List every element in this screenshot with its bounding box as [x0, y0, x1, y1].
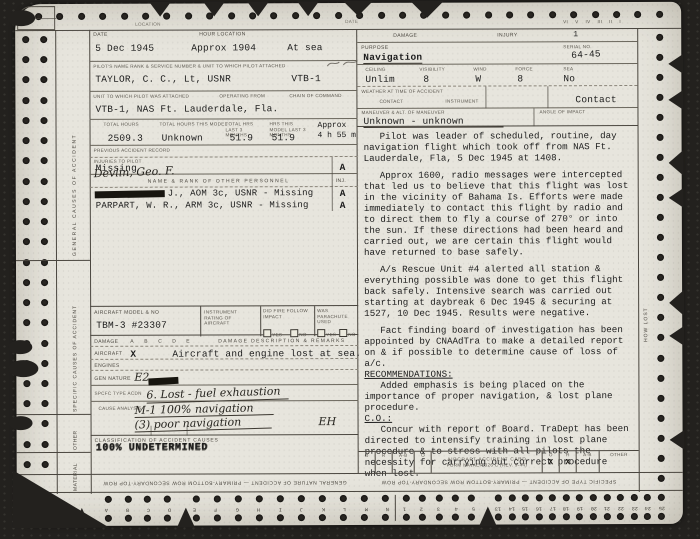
hours-row: TOTAL HOURS TOTAL HOURS THIS MODEL TOTAL…: [89, 119, 357, 146]
punched-notch: [669, 188, 684, 208]
damage-description-value: Aircraft and engine lost at sea.: [172, 348, 361, 360]
handwritten-code-marks: [325, 57, 359, 69]
punched-notch: [670, 430, 685, 450]
pilot-row: PILOT'S NAME RANK & SERVICE NUMBER & UNI…: [89, 61, 357, 92]
hours-flight-value-2: 4 h 55 m: [318, 131, 356, 140]
strip-number: 1: [573, 30, 578, 39]
force-label: FORCE: [515, 66, 533, 72]
bottom-punch-group-1: ABCD: [105, 496, 171, 522]
footer-cell-o2: O: [415, 452, 432, 473]
top-roman-numeral-labels: VI V IV III II I: [563, 19, 663, 25]
punched-oval: [8, 360, 38, 377]
personnel-header-label: NAME & RANK OF OTHER PERSONNEL: [148, 178, 290, 184]
visibility-value: 8: [423, 74, 429, 85]
left-edge-label-other: OTHER: [73, 416, 79, 450]
hours-flight-value-1: Approx: [318, 121, 347, 130]
footer-cell-o: O: [359, 452, 376, 473]
specific-type-band: SPECIFIC TYPE OF ACCIDENT — PRIMARY-BOTT…: [369, 478, 629, 485]
right-punch-hole-column: [656, 34, 665, 482]
gen-nature-row: GEN NATURE E2: [90, 370, 358, 386]
pilot-name-label: PILOT'S NAME RANK & SERVICE NUMBER & UNI…: [93, 63, 285, 69]
maneuver-row: MANEUVER & ALT. OF MANEUVER ANGLE OF IMP…: [357, 108, 637, 127]
pilot-name-value: TAYLOR, C. C., Lt, USNR: [95, 73, 231, 84]
personnel-header-row: Devlin, Geo. F. NAME & RANK OF OTHER PER…: [90, 173, 358, 188]
damage-col-a: A: [130, 339, 134, 345]
total-hours-value: 2509.3: [108, 133, 143, 144]
punched-notch: [669, 290, 684, 316]
pilot-squadron-value: VTB-1: [291, 73, 321, 84]
left-edge-label-specific-causes: SPECIFIC CAUSES OF ACCIDENT: [72, 262, 79, 412]
damage-description-label: DAMAGE DESCRIPTION & REMARKS: [218, 338, 345, 344]
wind-value: W: [475, 74, 481, 85]
bottom-punch-group-2: EFGHIJKLMN: [193, 495, 389, 522]
unit-value: VTB-1, NAS Ft. Lauderdale, Fla.: [95, 103, 278, 115]
damage-injury-strip: DAMAGE INJURY 1: [357, 28, 637, 43]
weather-at-label: WEATHER AT TIME OF ACCIDENT: [361, 89, 443, 95]
previous-record-label: PREVIOUS ACCIDENT RECORD: [94, 148, 171, 154]
narrative-paragraph-4: Fact finding board of investigation has …: [364, 324, 632, 369]
date-value: 5 Dec 1945: [95, 43, 154, 54]
unit-label: UNIT TO WHICH PILOT WAS ATTACHED: [93, 94, 189, 100]
angle-label: ANGLE OF IMPACT: [539, 109, 585, 115]
hours-model-3mo-value: 51.9: [272, 132, 296, 143]
specific-type-row: SPCFC TYPE ACDN 6. Lost - fuel exhaustio…: [90, 385, 358, 402]
hours-3mo-value: 51.9: [230, 132, 254, 143]
damage-col-e: E: [186, 339, 190, 345]
pilot-injury-code: A: [340, 162, 346, 173]
purpose-label: PURPOSE: [361, 45, 388, 51]
roman-label: II: [609, 19, 612, 25]
crewman-2-injury-code: A: [340, 200, 346, 211]
sea-label: SEA: [563, 66, 573, 72]
roman-label: I: [619, 19, 621, 25]
wind-label: WIND: [473, 67, 486, 73]
contact-checkbox-label: CONTACT: [379, 99, 403, 105]
damage-col-c: C: [158, 339, 162, 345]
instrument-checkbox-label: INSTRUMENT: [445, 99, 478, 105]
fire-impact-label: DID FIRE FOLLOW IMPACT: [263, 308, 311, 319]
footer-cell-r: R: [376, 452, 393, 473]
ceiling-value: Unlim: [365, 74, 395, 85]
left-punch-hole-column: [40, 36, 49, 468]
serial-value: 64-45: [571, 48, 601, 61]
narrative-paragraph-5: Added emphasis is being placed on the im…: [364, 379, 632, 413]
footer-cell-o-marked: OX: [543, 451, 560, 472]
narrative-paragraph-2: Approx 1600, radio messages were interce…: [364, 169, 632, 258]
navaer-footer-box: O R A-B O AIRCRAFT ACCIDENT CARD FORM NA…: [359, 450, 639, 473]
weather-at-row: WEATHER AT TIME OF ACCIDENT CONTACT INST…: [357, 86, 637, 109]
aircraft-damage-row: AIRCRAFT X Aircraft and engine lost at s…: [90, 346, 358, 360]
hour-value: Approx 1904: [191, 42, 256, 53]
cause-analysis-row: CAUSE ANALYSIS M-1 100% navigation (3) p…: [90, 401, 358, 436]
punched-oval: [8, 340, 32, 354]
punched-oval: [9, 416, 33, 430]
purpose-row: PURPOSE Navigation SERIAL NO. 64-45: [357, 42, 637, 65]
damage-col-b: B: [144, 339, 148, 345]
purpose-value: Navigation: [363, 52, 422, 64]
strip-injury-label: INJURY: [497, 32, 517, 38]
bottom-punch-group-3: 12345: [403, 495, 475, 521]
gen-nature-value: E2: [134, 371, 149, 384]
aircraft-damage-mark: X: [130, 349, 136, 360]
crewman-row: PARPART, W. R., ARM 3c, USNR - Missing A: [90, 199, 358, 212]
crewman-1-injury-code: A: [340, 188, 346, 199]
aircraft-model-value: TBM-3 #23307: [96, 320, 167, 331]
footer-cell-ab: A-B: [393, 452, 416, 473]
narrative-paragraph-3: A/s Rescue Unit #4 alerted all station &…: [364, 263, 632, 319]
strip-damage-label: DAMAGE: [393, 33, 417, 39]
aircraft-model-row: AIRCRAFT MODEL & NO TBM-3 #23307 INSTRUM…: [90, 305, 358, 336]
narrative-block: Pilot was leader of scheduled, routine, …: [358, 128, 637, 451]
maneuver-label: MANEUVER & ALT. OF MANEUVER: [361, 110, 444, 116]
cause-line-2: (3) poor navigation: [134, 414, 271, 432]
narrative-paragraph-1: Pilot was leader of scheduled, routine, …: [364, 130, 632, 164]
classification-value: 100% UNDETERMINED: [96, 442, 208, 453]
roman-label: VI: [563, 19, 568, 25]
maneuver-value: Unknown - unknown: [363, 115, 503, 127]
punched-notch: [669, 326, 684, 346]
struck-out-name: [95, 190, 165, 198]
date-row: DATE HOUR LOCATION 5 Dec 1945 Approx 190…: [89, 29, 357, 62]
top-edge-location-label: LOCATION: [135, 22, 161, 28]
punched-notch: [668, 90, 683, 110]
gen-nature-label: GEN NATURE: [94, 376, 130, 382]
scanned-photo-background: VI V IV III II I LOCATION DATE GENERAL C…: [0, 0, 700, 539]
aircraft-row-label: AIRCRAFT: [94, 351, 122, 357]
crewman-1-text: J., AOM 3c, USNR - Missing: [168, 188, 314, 199]
specific-type-label: SPCFC TYPE ACDN: [94, 391, 141, 397]
footer-cell-other: OTHER: [599, 451, 638, 472]
location-value: At sea: [287, 42, 322, 53]
roman-label: V: [575, 19, 578, 25]
classification-row: CLASSIFICATION OF ACCIDENT CAUSES 100% U…: [91, 435, 359, 474]
right-edge-label-how-lost: HOW LOST: [643, 262, 649, 342]
punched-oval: [7, 10, 35, 26]
force-value: 8: [517, 73, 523, 84]
left-punch-hole-column: [22, 36, 31, 468]
visibility-label: VISIBILITY: [419, 67, 445, 73]
chain-of-command-label: CHAIN OF COMMAND: [289, 93, 341, 99]
left-edge-label-material: MATERIAL: [73, 453, 79, 491]
hours-model-value: Unknown: [162, 133, 203, 144]
instrument-rating-label: INSTRUMENT RATING OF AIRCRAFT: [204, 309, 254, 326]
damage-col-d: D: [172, 339, 176, 345]
date-label: DATE: [93, 32, 108, 38]
ceiling-label: CEILING: [365, 67, 386, 73]
roman-label: III: [597, 19, 602, 25]
roman-label: IV: [585, 19, 590, 25]
left-edge-label-general-causes: GENERAL CAUSES OF ACCIDENT: [71, 46, 78, 256]
punched-notch: [668, 54, 683, 74]
contact-value: Contact: [575, 94, 616, 105]
inj-column-label: INJ.: [336, 178, 347, 184]
previous-record-row: PREVIOUS ACCIDENT RECORD: [90, 145, 358, 158]
crewman-2-text: PARPART, W. R., ARM 3c, USNR - Missing: [96, 200, 309, 211]
damage-label: DAMAGE: [94, 339, 118, 345]
cause-initials: EH: [319, 415, 337, 428]
hours-model-label: TOTAL HOURS THIS MODEL: [160, 121, 228, 127]
gen-nature-strikeout: [148, 377, 178, 386]
footer-cell-ab2: A-B: [577, 451, 600, 472]
aircraft-accident-card: VI V IV III II I LOCATION DATE GENERAL C…: [15, 2, 683, 526]
operating-from-label: OPERATING FROM: [219, 93, 265, 99]
general-nature-band: GENERAL NATURE OF ACCIDENT — PRIMARY-BOT…: [101, 479, 349, 486]
footer-cell-r-marked: RX: [560, 451, 577, 472]
sea-value: No: [563, 73, 575, 84]
crewman-row-struck: J., AOM 3c, USNR - Missing A: [90, 187, 358, 200]
top-edge-date-label: DATE: [345, 19, 358, 25]
weather-row: CEILING VISIBILITY WIND FORCE SEA Unlim …: [357, 64, 637, 87]
unit-row: UNIT TO WHICH PILOT WAS ATTACHED OPERATI…: [89, 91, 357, 120]
engines-row-label: ENGINES: [94, 363, 119, 369]
footer-card-title: AIRCRAFT ACCIDENT CARD FORM NAVAER 326 C…: [432, 451, 543, 472]
hour-location-label: HOUR LOCATION: [199, 31, 246, 37]
aircraft-model-label: AIRCRAFT MODEL & NO: [94, 310, 159, 316]
bottom-punch-group-4: 13141516171819202122232425: [495, 494, 665, 521]
punched-notch: [669, 150, 684, 176]
total-hours-label: TOTAL HOURS: [104, 122, 139, 128]
